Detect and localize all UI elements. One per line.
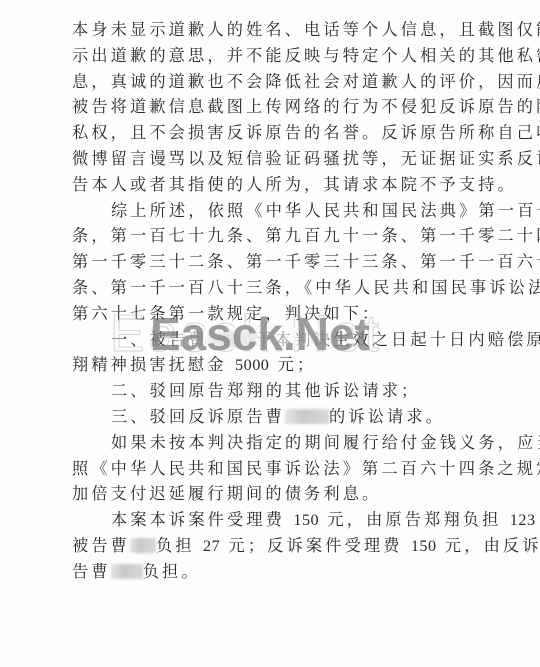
summary-paragraph-start: 综上所述，依照《中华人民共和国民法典》第一百一十 (72, 198, 464, 224)
text-line: 息，真诚的道歉也不会降低社会对道歉人的评价，因而反诉 (72, 69, 464, 95)
text-span: 元； (278, 355, 317, 374)
text-span: 被告曹 (72, 536, 130, 555)
text-span: 的诉讼请求。 (329, 407, 445, 426)
fees-line-2: 被告曹负担 27 元；反诉案件受理费 150 元，由反诉原 (72, 533, 464, 559)
text-span: 负担 (156, 536, 195, 555)
judgment-document-page: 本身未显示道歉人的姓名、电话等个人信息，且截图仅能显 示出道歉的意思，并不能反映… (0, 0, 540, 667)
text-line: 第六十七条第一款规定，判决如下： (72, 301, 464, 327)
text-span: 告曹 (72, 562, 111, 581)
text-span: 负担。 (143, 562, 201, 581)
text-span: 元；反诉案件受理费 (228, 536, 402, 555)
text-span: 本案本诉案件受理费 (111, 510, 285, 529)
text-line: 条，第一百七十九条、第九百九十一条、第一千零二十四条、 (72, 223, 464, 249)
text-line: 被告将道歉信息截图上传网络的行为不侵犯反诉原告的隐 (72, 94, 464, 120)
text-line: 示出道歉的意思，并不能反映与特定个人相关的其他私密信 (72, 43, 464, 69)
text-line: 告本人或者其指使的人所为，其请求本院不予支持。 (72, 172, 464, 198)
redacted-name (111, 564, 143, 579)
redacted-name (285, 409, 329, 424)
enforcement-line: 如果未按本判决指定的期间履行给付金钱义务，应当依 (72, 430, 464, 456)
fee-amount: 27 (203, 537, 220, 555)
document-body: 本身未显示道歉人的姓名、电话等个人信息，且截图仅能显 示出道歉的意思，并不能反映… (72, 17, 464, 585)
fee-amount: 150 (411, 537, 437, 555)
judgment-item-2: 二、驳回原告郑翔的其他诉讼请求； (72, 378, 464, 404)
text-line: 条、第一千一百八十三条，《中华人民共和国民事诉讼法》 (72, 275, 464, 301)
fees-line-1: 本案本诉案件受理费 150 元，由原告郑翔负担 123 元， (72, 507, 464, 533)
judgment-item-1-cont: 翔精神损害抚慰金 5000 元； (72, 352, 464, 378)
redacted-name (130, 538, 156, 553)
text-span: 元，由原告郑翔负担 (327, 510, 501, 529)
judgment-item-1-suffix: 于本判决生效之日起十日内赔偿原告郑 (256, 330, 540, 349)
redacted-name (208, 332, 256, 347)
judgment-item-1: 一、被告曹于本判决生效之日起十日内赔偿原告郑 (72, 327, 464, 353)
judgment-item-1-prefix: 一、被告曹 (111, 330, 208, 349)
text-span: 三、驳回反诉原告曹 (111, 407, 285, 426)
judgment-item-3: 三、驳回反诉原告曹的诉讼请求。 (72, 404, 464, 430)
enforcement-line: 照《中华人民共和国民事诉讼法》第二百六十四条之规定， (72, 456, 464, 482)
text-line: 本身未显示道歉人的姓名、电话等个人信息，且截图仅能显 (72, 17, 464, 43)
fee-amount: 150 (293, 511, 319, 529)
text-line: 私权，且不会损害反诉原告的名誉。反诉原告所称自己收到 (72, 120, 464, 146)
enforcement-line: 加倍支付迟延履行期间的债务利息。 (72, 481, 464, 507)
fee-amount: 123 (510, 511, 536, 529)
fees-line-3: 告曹负担。 (72, 559, 464, 585)
text-span: 翔精神损害抚慰金 (72, 355, 227, 374)
text-line: 微博留言谩骂以及短信验证码骚扰等，无证据证实系反诉被 (72, 146, 464, 172)
text-line: 第一千零三十二条、第一千零三十三条、第一千一百六十五 (72, 249, 464, 275)
text-span: 元，由反诉原 (445, 536, 540, 555)
compensation-amount: 5000 (235, 356, 269, 374)
